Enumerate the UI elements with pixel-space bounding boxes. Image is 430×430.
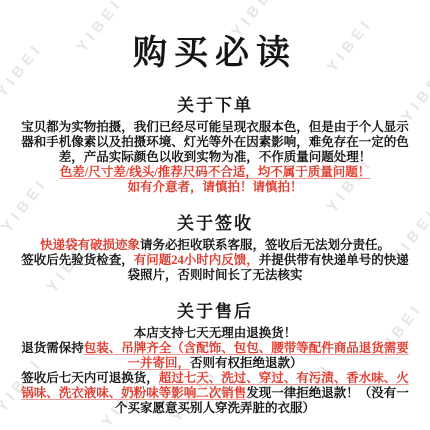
section-heading: 关于签收 (0, 209, 430, 234)
purchase-notice-image: YIBEIYIBEIYIBEIYIBEIYIBEIYIBEIYIBEIYIBEI… (0, 0, 430, 430)
section-0: 关于下单宝贝都为实物拍摄，我们已经尽可能呈现衣服本色，但是由于个人显示器和手机像… (0, 91, 430, 195)
text-segment: 退货需保持 (21, 341, 84, 355)
section-body: 本店支持七天无理由退换货！退货需保持包装、吊牌齐全（含配饰、包包、腰带等配件商品… (20, 326, 410, 416)
text-segment: 请务必拒收联系客服，签收后无法划分责任。 (140, 238, 390, 252)
notice-paragraph: 宝贝都为实物拍摄，我们已经尽可能呈现衣服本色，但是由于个人显示器和手机像素以及拍… (20, 120, 410, 165)
text-segment: 签收后先验货检查， (21, 253, 134, 267)
page-title: 购买必读 (0, 25, 430, 74)
text-segment: 宝贝都为实物拍摄，我们已经尽可能呈现衣服本色，但是由于个人显示器和手机像素以及拍… (21, 120, 409, 164)
section-2: 关于售后本店支持七天无理由退换货！退货需保持包装、吊牌齐全（含配饰、包包、腰带等… (0, 297, 430, 416)
section-body: 宝贝都为实物拍摄，我们已经尽可能呈现衣服本色，但是由于个人显示器和手机像素以及拍… (20, 120, 410, 195)
notice-paragraph: 快递袋有破损迹象请务必拒收联系客服，签收后无法划分责任。 (20, 238, 410, 253)
sections-container: 关于下单宝贝都为实物拍摄，我们已经尽可能呈现衣服本色，但是由于个人显示器和手机像… (0, 91, 430, 416)
section-1: 关于签收快递袋有破损迹象请务必拒收联系客服，签收后无法划分责任。签收后先验货检查… (0, 209, 430, 283)
text-segment: 否则有权拒绝退款） (190, 356, 303, 370)
section-heading: 关于下单 (0, 91, 430, 116)
text-segment: 有问题24小时内反馈， (134, 253, 259, 267)
notice-paragraph: 色差/尺寸差/线头/推荐尺码不合适，均不属于质量问题！ (20, 165, 410, 180)
text-segment: 快递袋有破损迹象 (40, 238, 140, 252)
notice-paragraph: 退货需保持包装、吊牌齐全（含配饰、包包、腰带等配件商品退货需要一并寄回，否则有权… (20, 341, 410, 371)
text-segment: 色差/尺寸差/线头/推荐尺码不合适，均不属于质量问题！ (60, 165, 370, 179)
section-body: 快递袋有破损迹象请务必拒收联系客服，签收后无法划分责任。签收后先验货检查，有问题… (20, 238, 410, 283)
text-segment: 本店支持七天无理由退换货！ (134, 326, 297, 340)
notice-paragraph: 签收后七天内可退换货，超过七天、洗过、穿过、有污渍、香水味、火锅味、洗衣液味、奶… (20, 371, 410, 416)
notice-content: 购买必读 关于下单宝贝都为实物拍摄，我们已经尽可能呈现衣服本色，但是由于个人显示… (0, 25, 430, 416)
notice-paragraph: 本店支持七天无理由退换货！ (20, 326, 410, 341)
text-segment: 签收后七天内可退换货， (21, 371, 159, 385)
text-segment: 如有介意者，请慎拍！请慎拍！ (127, 180, 302, 194)
section-heading: 关于售后 (0, 297, 430, 322)
notice-paragraph: 签收后先验货检查，有问题24小时内反馈，并提供带有快递单号的快递袋照片，否则时间… (20, 253, 410, 283)
notice-paragraph: 如有介意者，请慎拍！请慎拍！ (20, 180, 410, 195)
